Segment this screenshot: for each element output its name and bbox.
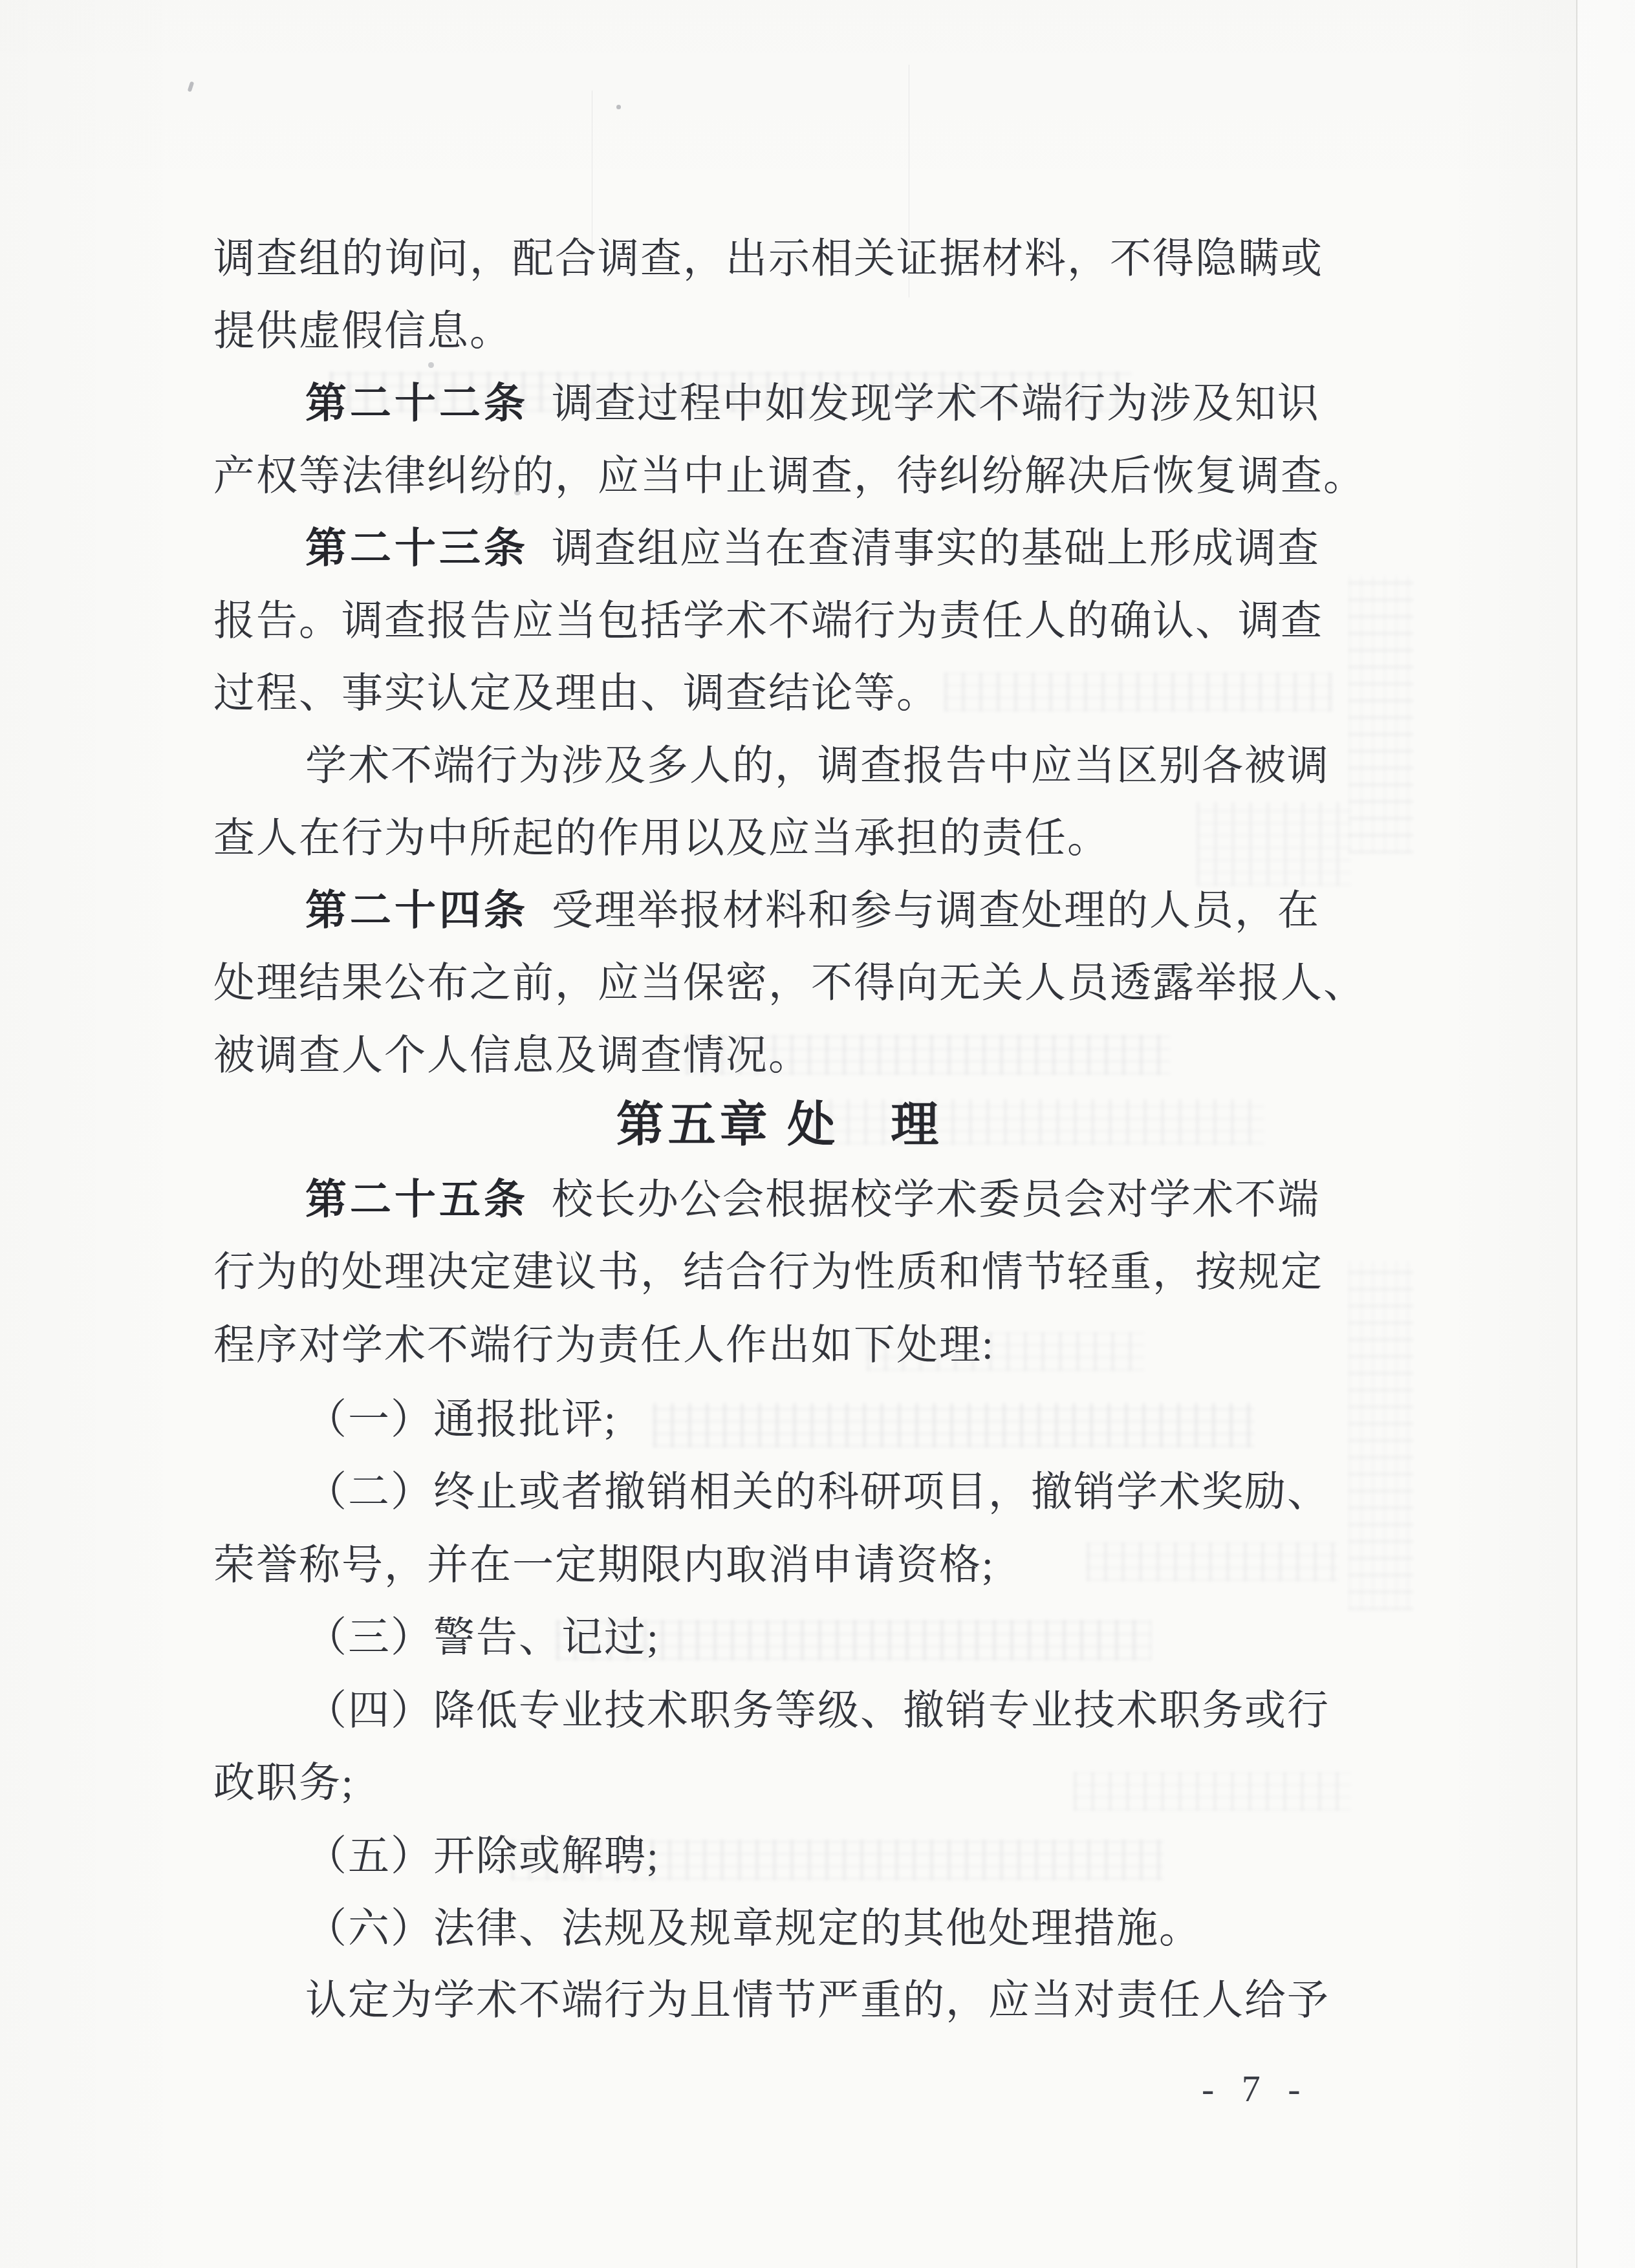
text-line: 政职务; xyxy=(213,1760,354,1806)
text-line: （三）警告、记过; xyxy=(305,1615,660,1660)
line-text: 受理举报材料和参与调查处理的人员，在 xyxy=(552,887,1320,933)
text-line: 第二十二条调查过程中如发现学术不端行为涉及知识 xyxy=(305,381,1320,426)
line-text: 报告。调查报告应当包括学术不端行为责任人的确认、调查 xyxy=(213,598,1323,643)
line-text: 调查过程中如发现学术不端行为涉及知识 xyxy=(552,380,1320,426)
text-line: 调查组的询问，配合调查，出示相关证据材料，不得隐瞒或 xyxy=(213,236,1323,281)
line-text: 调查组应当在查清事实的基础上形成调查 xyxy=(552,525,1320,571)
line-text: 认定为学术不端行为且情节严重的，应当对责任人给予 xyxy=(305,1977,1330,2023)
text-line: 第二十五条校长办公会根据校学术委员会对学术不端 xyxy=(305,1177,1320,1222)
chapter-heading: 第五章 处 理 xyxy=(213,1099,1345,1151)
line-text: （四）降低专业技术职务等级、撤销专业技术职务或行 xyxy=(305,1687,1330,1733)
text-line: 产权等法律纠纷的，应当中止调查，待纠纷解决后恢复调查。 xyxy=(213,453,1366,499)
scan-streak xyxy=(592,91,592,259)
text-line: 查人在行为中所起的作用以及应当承担的责任。 xyxy=(213,815,1110,861)
text-line: 第二十三条调查组应当在查清事实的基础上形成调查 xyxy=(305,526,1320,571)
article-number: 第二十五条 xyxy=(305,1176,528,1222)
scanned-document-page: 调查组的询问，配合调查，出示相关证据材料，不得隐瞒或 提供虚假信息。 第二十二条… xyxy=(0,0,1635,2268)
bleed-through-smudge xyxy=(653,1403,1255,1447)
line-text: （三）警告、记过; xyxy=(305,1614,660,1660)
bleed-through-smudge xyxy=(944,673,1332,711)
text-line: 报告。调查报告应当包括学术不端行为责任人的确认、调查 xyxy=(213,598,1323,643)
line-text: 调查组的询问，配合调查，出示相关证据材料，不得隐瞒或 xyxy=(213,235,1323,281)
bleed-through-smudge xyxy=(1074,1772,1352,1811)
line-text: （六）法律、法规及规章规定的其他处理措施。 xyxy=(305,1905,1202,1951)
text-line: 被调查人个人信息及调查情况。 xyxy=(213,1033,811,1078)
text-line: 第二十四条受理举报材料和参与调查处理的人员，在 xyxy=(305,888,1320,933)
line-text: 被调查人个人信息及调查情况。 xyxy=(213,1032,811,1078)
page-number: - 7 - xyxy=(1202,2067,1310,2110)
line-text: （二）终止或者撤销相关的科研项目，撤销学术奖励、 xyxy=(305,1469,1330,1515)
bleed-through-smudge xyxy=(1196,802,1352,886)
line-text: 过程、事实认定及理由、调查结论等。 xyxy=(213,670,939,716)
text-line: 过程、事实认定及理由、调查结论等。 xyxy=(213,671,939,716)
line-text: 处理结果公布之前，应当保密，不得向无关人员透露举报人、 xyxy=(213,960,1366,1006)
article-number: 第二十四条 xyxy=(305,887,528,933)
text-line: 荣誉称号，并在一定期限内取消申请资格; xyxy=(213,1542,995,1588)
text-line: 处理结果公布之前，应当保密，不得向无关人员透露举报人、 xyxy=(213,960,1366,1006)
text-line: （五）开除或解聘; xyxy=(305,1833,660,1879)
bleed-through-smudge xyxy=(1087,1542,1339,1581)
scan-speck xyxy=(616,105,621,109)
scan-streak xyxy=(909,65,909,297)
scan-speck xyxy=(428,362,434,368)
line-text: 行为的处理决定建议书，结合行为性质和情节轻重，按规定 xyxy=(213,1249,1323,1295)
line-text: 产权等法律纠纷的，应当中止调查，待纠纷解决后恢复调查。 xyxy=(213,453,1366,499)
line-text: 校长办公会根据校学术委员会对学术不端 xyxy=(552,1176,1320,1222)
text-line: 行为的处理决定建议书，结合行为性质和情节轻重，按规定 xyxy=(213,1249,1323,1295)
text-line: （二）终止或者撤销相关的科研项目，撤销学术奖励、 xyxy=(305,1469,1330,1515)
line-text: 查人在行为中所起的作用以及应当承担的责任。 xyxy=(213,815,1110,861)
bleed-through-smudge xyxy=(1348,576,1413,854)
bleed-through-smudge xyxy=(1348,1261,1413,1610)
text-line: （四）降低专业技术职务等级、撤销专业技术职务或行 xyxy=(305,1688,1330,1733)
line-text: 荣誉称号，并在一定期限内取消申请资格; xyxy=(213,1542,995,1588)
scan-edge-strip xyxy=(1577,0,1635,2268)
text-line: 认定为学术不端行为且情节严重的，应当对责任人给予 xyxy=(305,1978,1330,2023)
line-text: 学术不端行为涉及多人的，调查报告中应当区别各被调 xyxy=(305,742,1330,788)
text-line: （六）法律、法规及规章规定的其他处理措施。 xyxy=(305,1906,1202,1951)
scan-speck xyxy=(514,490,521,495)
text-line: 提供虚假信息。 xyxy=(213,308,512,354)
line-text: （一）通报批评; xyxy=(305,1396,617,1442)
line-text: 政职务; xyxy=(213,1760,354,1806)
line-text: （五）开除或解聘; xyxy=(305,1833,660,1879)
text-line: （一）通报批评; xyxy=(305,1397,617,1442)
line-text: 提供虚假信息。 xyxy=(213,308,512,354)
article-number: 第二十二条 xyxy=(305,380,528,426)
text-line: 学术不端行为涉及多人的，调查报告中应当区别各被调 xyxy=(305,743,1330,788)
scan-speck xyxy=(188,81,195,92)
text-line: 程序对学术不端行为责任人作出如下处理: xyxy=(213,1323,995,1368)
article-number: 第二十三条 xyxy=(305,525,528,571)
line-text: 程序对学术不端行为责任人作出如下处理: xyxy=(213,1322,995,1368)
